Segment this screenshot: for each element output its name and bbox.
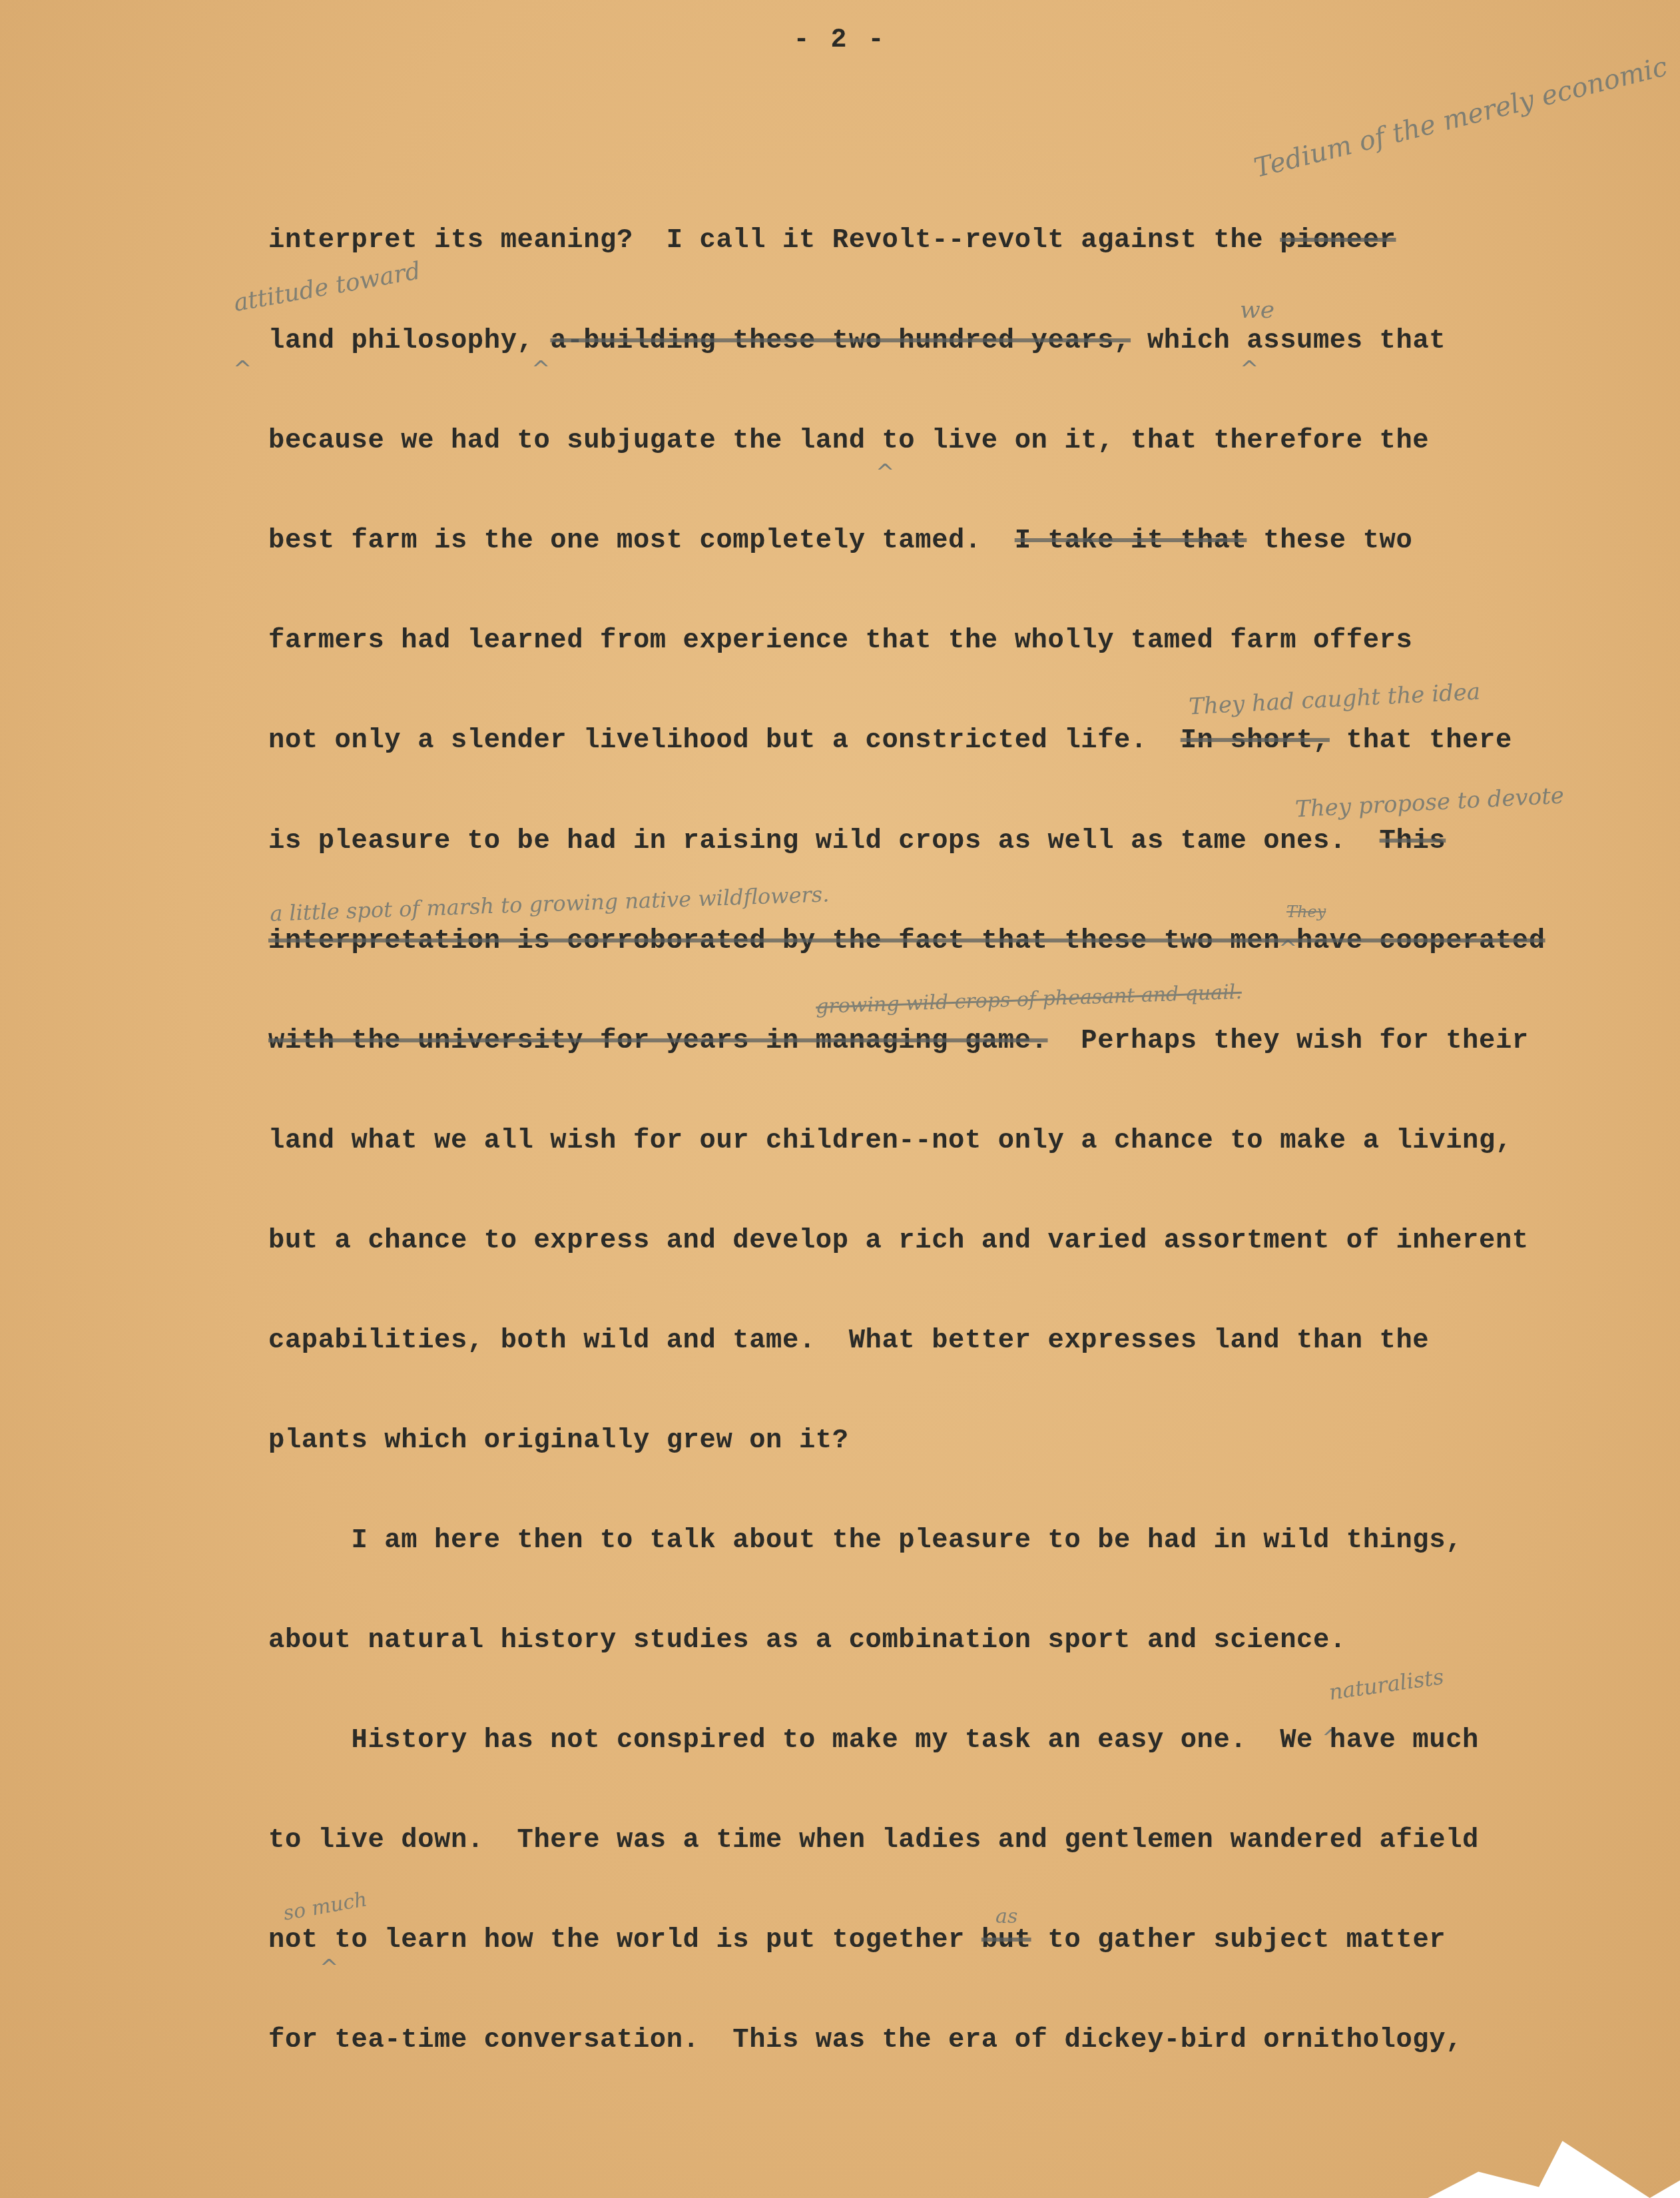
annotation-wild-crops: growing wild crops of pheasant and quail… xyxy=(816,980,1243,1018)
text-line: not only a slender livelihood but a cons… xyxy=(268,725,1512,756)
annotation-they-had-caught: They had caught the idea xyxy=(1188,679,1481,721)
text-line: about natural history studies as a combi… xyxy=(268,1625,1346,1656)
text-line: land philosophy, a-building these two hu… xyxy=(268,326,1446,356)
caret-mark: ^ xyxy=(531,356,551,383)
text-line: I am here then to talk about the pleasur… xyxy=(268,1525,1462,1556)
text-line: is pleasure to be had in raising wild cr… xyxy=(268,826,1446,857)
caret-mark: ^ xyxy=(233,356,252,383)
annotation-we: we xyxy=(1240,296,1274,324)
text-line: farmers had learned from experience that… xyxy=(268,625,1412,656)
text-line: to live down. There was a time when ladi… xyxy=(268,1825,1479,1856)
caret-mark: ^ xyxy=(320,1955,339,1982)
text-line: interpret its meaning? I call it Revolt-… xyxy=(268,225,1396,256)
page-number: - 2 - xyxy=(0,25,1680,55)
annotation-naturalists: naturalists xyxy=(1327,1664,1445,1705)
caret-mark: ^ xyxy=(876,460,895,486)
text-line: because we had to subjugate the land to … xyxy=(268,426,1429,456)
text-line: History has not conspired to make my tas… xyxy=(268,1725,1479,1756)
text-line: plants which originally grew on it? xyxy=(268,1425,849,1456)
annotation-so-much: so much xyxy=(282,1888,369,1926)
annotation-tedium: Tedium of the merely economic xyxy=(1251,51,1671,184)
typewritten-page: - 2 - Tedium of the merely economic atti… xyxy=(0,0,1680,2198)
caret-mark: ^ xyxy=(1240,356,1259,383)
text-line: best farm is the one most completely tam… xyxy=(268,526,1412,556)
text-line: capabilities, both wild and tame. What b… xyxy=(268,1325,1429,1356)
annotation-they: They xyxy=(1286,903,1326,921)
text-line: interpretation is corroborated by the fa… xyxy=(268,926,1545,956)
text-line: but a chance to express and develop a ri… xyxy=(268,1226,1529,1256)
annotation-they-propose: They propose to devote xyxy=(1294,782,1565,823)
text-line: with the university for years in managin… xyxy=(268,1026,1529,1056)
annotation-spot-of-marsh: a little spot of marsh to growing native… xyxy=(270,881,830,926)
text-line: for tea-time conversation. This was the … xyxy=(268,2025,1462,2055)
text-line: land what we all wish for our children--… xyxy=(268,1126,1512,1156)
annotation-attitude-toward: attitude toward xyxy=(232,257,423,317)
text-line: not to learn how the world is put togeth… xyxy=(268,1925,1446,1956)
